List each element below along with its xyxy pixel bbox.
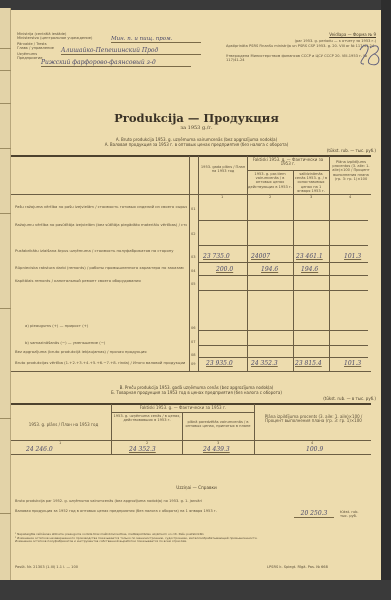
row-divider bbox=[198, 262, 368, 263]
col-sep-2 bbox=[293, 170, 294, 371]
scan-border-bottom bbox=[0, 580, 391, 600]
row-label: b) samazināšanās (−) — уменьшение (−) bbox=[25, 340, 187, 345]
col-num-1: 1 bbox=[221, 195, 223, 199]
row-code: 07 bbox=[191, 340, 196, 344]
cell-actual-current: 24007 bbox=[251, 253, 270, 260]
table-b-col-plan: 1953. g. plāns / План на 1953 год bbox=[21, 423, 106, 427]
row-divider bbox=[198, 275, 368, 276]
col-header-plan: 1953. gada plāns / План на 1953 год bbox=[200, 165, 246, 173]
row-code: 06 bbox=[191, 326, 196, 330]
cell-pct: 101.3 bbox=[344, 253, 361, 260]
section-a-heading-ru: A. Валовая продукция за 1953 г. в оптовы… bbox=[11, 142, 382, 147]
row-label: Pusfabrikātu izlaišana ārpus uzņēmuma / … bbox=[15, 248, 187, 253]
group-header-line bbox=[247, 170, 329, 171]
cell-actual-comparable: 194.6 bbox=[301, 266, 318, 273]
footnote-3: Изменение остатков полуфабрикатов и инст… bbox=[15, 540, 365, 544]
table-b-col-num-1: 1 bbox=[59, 441, 61, 445]
row-code: 09 bbox=[191, 362, 196, 366]
table-a-bottom-border bbox=[11, 371, 371, 372]
form-number: Veidlapa — Форма № 9 bbox=[216, 32, 376, 37]
row-label: Bez apgrozījuma (bruto produkcijā iekļau… bbox=[15, 349, 187, 354]
reference-heading: Uzziņai — Справки bbox=[11, 485, 382, 490]
row-code: 03 bbox=[191, 255, 196, 259]
row-label: a) pieaugums (+) — прирост (+) bbox=[25, 323, 187, 328]
table-b-col-actual-current: 1953. g. uzņēmuma cenās / в ценах, дейст… bbox=[112, 414, 182, 422]
reference-unit: tūkst. rub. тыс. руб. bbox=[340, 510, 362, 519]
reference-value: 20 250.3 bbox=[294, 510, 334, 518]
col-num-2: 2 bbox=[269, 195, 271, 199]
ministry-value: Мин. п. и пищ. пром. bbox=[111, 36, 201, 43]
row-code: 01 bbox=[191, 207, 196, 211]
row-label: Pašu ražojuma vērtība no pašu izejvielām… bbox=[15, 204, 187, 209]
cell-actual-plan-prices: 24 439.3 bbox=[203, 446, 230, 453]
table-b-bottom-border bbox=[11, 454, 371, 455]
row-divider bbox=[198, 290, 368, 291]
table-b-col-num-2: 2 bbox=[146, 441, 148, 445]
row-divider bbox=[198, 220, 368, 221]
table-b-col-sep-2 bbox=[182, 412, 183, 454]
cell-plan: 23 735.0 bbox=[203, 253, 230, 260]
row-code: 05 bbox=[191, 282, 196, 286]
col-group-header: Faktiski 1953. g. — Фактически за 1953 г… bbox=[248, 158, 328, 166]
approval-ru: Утверждена Министерством финансов СССР и… bbox=[226, 54, 376, 63]
cell-pct: 101.3 bbox=[344, 360, 361, 367]
table-b-col-plan-prices: plānā paredzētās vairumcenās / в оптовых… bbox=[183, 420, 253, 428]
cell-actual-current: 24 352.3 bbox=[129, 446, 156, 453]
binding-strip bbox=[0, 8, 11, 588]
reference-line-lv: Bruto produkcija par 1952. g. uzņēmuma v… bbox=[15, 499, 285, 503]
row-label: Kapitālais remonts / капитальный ремонт … bbox=[15, 278, 187, 283]
scan-border-right bbox=[381, 0, 391, 600]
table-b-col-pct: Plāna izpildījuma procents (3. aile: 1. … bbox=[261, 415, 366, 423]
row-divider bbox=[198, 345, 368, 346]
section-b-heading-ru: Б. Товарная продукция за 1953 год в цена… bbox=[11, 390, 382, 395]
cell-actual-comparable: 23 815.4 bbox=[295, 360, 322, 367]
row-code: 04 bbox=[191, 269, 196, 273]
cell-plan: 200.0 bbox=[216, 266, 233, 273]
table-b-group-line bbox=[111, 412, 254, 413]
col-header-pct: Plāna izpildījums procentos (3. aile: 1.… bbox=[330, 160, 372, 181]
cell-actual-current: 194.6 bbox=[261, 266, 278, 273]
row-divider bbox=[198, 357, 368, 358]
page-year: за 1953 g./г. bbox=[11, 125, 382, 131]
col-sep-code bbox=[198, 156, 199, 371]
cell-plan: 23 935.0 bbox=[206, 360, 233, 367]
table-a-header-bottom bbox=[11, 194, 371, 195]
table-b-group-header: Faktiski 1953. g. — Фактически за 1953 г… bbox=[112, 406, 254, 410]
footer-right: LPSRS k. Spiegt. Rīgā. Pas. № 668 bbox=[267, 565, 328, 569]
section-b-unit: (tūkst. rub. — в тыс. руб.) bbox=[323, 396, 376, 401]
col-sep-3 bbox=[329, 156, 330, 371]
enterprise-value: Рижский фарфорово-фаянсовый з-д bbox=[41, 59, 191, 67]
row-divider bbox=[198, 330, 368, 331]
cell-plan: 24 246.0 bbox=[26, 446, 53, 453]
row-label: Bruto produkcijas vērtība (1.+2.+3.+4.+5… bbox=[15, 360, 187, 365]
row-label: Ražojumu vērtība no pasūtītāja izejvielā… bbox=[15, 222, 187, 227]
period-line: (par 1953. g. periodu — к отчету за 1953… bbox=[211, 39, 376, 43]
col-header-actual-current: 1953. g. par-tiem vairumcenās / в оптовы… bbox=[248, 172, 292, 189]
reference-line-ru: Валовая продукция за 1952 год в оптовых … bbox=[15, 509, 285, 513]
table-b-col-num-4: 4 bbox=[311, 441, 313, 445]
table-b-header-bottom bbox=[11, 440, 371, 441]
row-label: Rūpnieciska rakstura darbi (remonts) / р… bbox=[15, 265, 187, 270]
trust-value: Алишайко-Пепешинский Прод bbox=[61, 47, 201, 55]
footer-left: Pasūt. Nr. 21303 (1.III) 1.1 l. — 100 bbox=[15, 565, 78, 569]
cell-pct: 100.9 bbox=[306, 446, 323, 453]
table-b-col-num-3: 3 bbox=[217, 441, 219, 445]
row-divider bbox=[198, 245, 368, 246]
col-sep-label bbox=[189, 156, 190, 371]
cell-actual-comparable: 23 461.1 bbox=[296, 253, 323, 260]
page-title: Produkcija — Продукция bbox=[11, 111, 382, 125]
row-code: 02 bbox=[191, 232, 196, 236]
row-code: 08 bbox=[191, 353, 196, 357]
col-num-4: 4 bbox=[349, 195, 351, 199]
cell-actual-current: 24 352.3 bbox=[251, 360, 278, 367]
section-a-unit: (tūkst. rub. — тыс. руб.) bbox=[327, 148, 376, 153]
col-header-actual-comparable: salīdzināmās cenās 1953. g. / в сопостав… bbox=[294, 172, 328, 193]
footnotes: ¹ Nepabeigtās ražošanas atlikumu pieaugu… bbox=[15, 533, 365, 544]
table-b-col-sep-3 bbox=[254, 404, 255, 454]
document-page: Ministrija (centrālā iestāde) Ministerst… bbox=[11, 10, 382, 582]
col-num-3: 3 bbox=[310, 195, 312, 199]
approval-lv: Apstiprināta PSRS Finanšu ministrija un … bbox=[226, 44, 376, 48]
